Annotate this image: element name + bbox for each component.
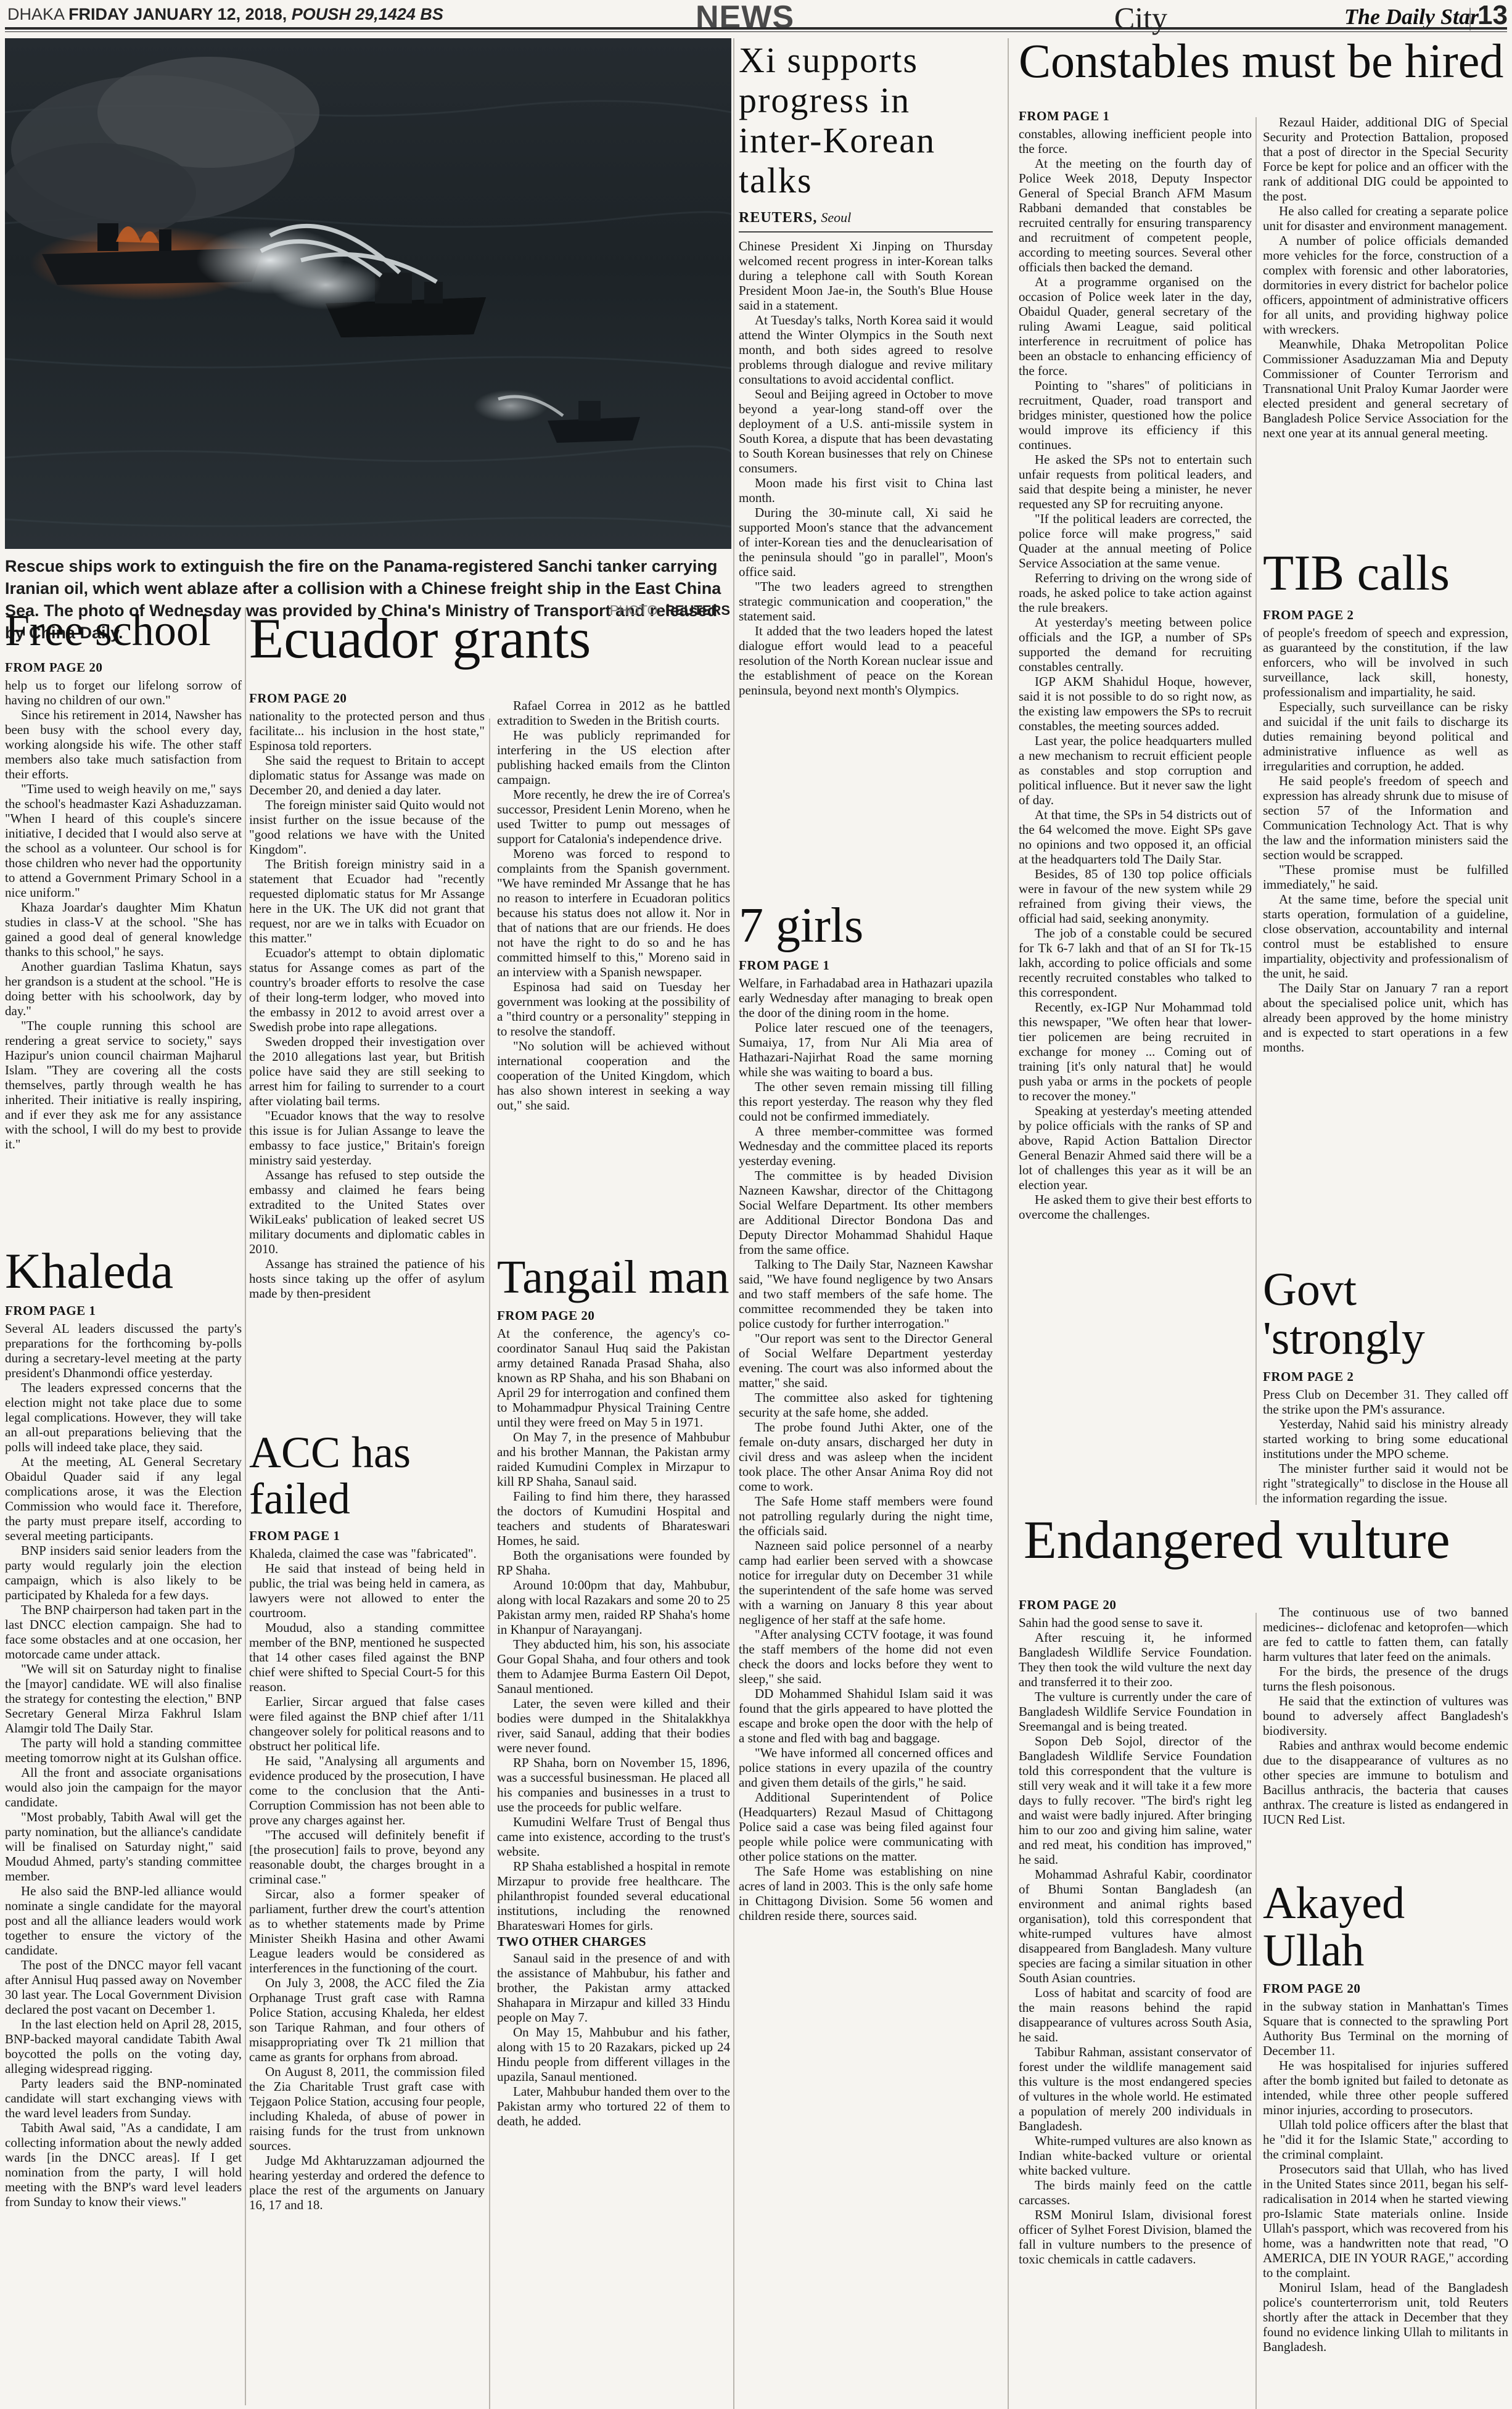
paragraph: They abducted him, his son, his associat…: [497, 1637, 730, 1696]
masthead: The Daily Star: [1344, 4, 1479, 30]
paragraph: For the birds, the presence of the drugs…: [1263, 1664, 1508, 1694]
article-xi-supports: Xi supports progress in inter-Korean tal…: [739, 41, 993, 899]
paragraph: He also called for creating a separate p…: [1263, 204, 1508, 233]
paragraph: Besides, 85 of 130 top police officials …: [1019, 867, 1252, 926]
paragraph: "No solution will be achieved without in…: [497, 1039, 730, 1113]
paragraph: She said the request to Britain to accep…: [249, 753, 485, 797]
paragraph: Press Club on December 31. They called o…: [1263, 1387, 1508, 1417]
byline-location: Seoul: [821, 210, 851, 225]
paragraph: He said that instead of being held in pu…: [249, 1561, 485, 1620]
article-acc-failed: ACC has failed FROM PAGE 1 Khaleda, clai…: [249, 1430, 485, 2409]
article-tib-body: of people's freedom of speech and expres…: [1263, 625, 1508, 1055]
article-khaleda-body: Several AL leaders discussed the party's…: [5, 1321, 242, 2209]
article-khaleda-fromtag: FROM PAGE 1: [5, 1303, 242, 1319]
paragraph: "After analysing CCTV footage, it was fo…: [739, 1627, 993, 1686]
paragraph: The leaders expressed concerns that the …: [5, 1380, 242, 1454]
article-7-girls-headline: 7 girls: [739, 900, 993, 952]
paragraph: "Most probably, Tabith Awal will get the…: [5, 1810, 242, 1884]
paragraph: RP Shaha established a hospital in remot…: [497, 1859, 730, 1933]
paragraph: Last year, the police headquarters mulle…: [1019, 733, 1252, 807]
paragraph: Additional Superintendent of Police (Hea…: [739, 1790, 993, 1864]
article-xi-headline: Xi supports progress in inter-Korean tal…: [739, 41, 993, 201]
page-number: 13: [1477, 0, 1508, 31]
paragraph: A three member-committee was formed Wedn…: [739, 1124, 993, 1168]
paragraph: Welfare, in Farhadabad area in Hathazari…: [739, 976, 993, 1020]
article-xi-byline: REUTERS, Seoul: [739, 210, 993, 233]
paragraph: "Our report was sent to the Director Gen…: [739, 1331, 993, 1390]
paragraph: White-rumped vultures are also known as …: [1019, 2133, 1252, 2178]
paragraph: Ullah told police officers after the bla…: [1263, 2117, 1508, 2162]
article-tangail-subhead: TWO OTHER CHARGES: [497, 1934, 730, 1950]
paragraph: He said, "Analysing all arguments and ev…: [249, 1753, 485, 1827]
paragraph: "The accused will definitely benefit if …: [249, 1827, 485, 1887]
article-vulture-col1: FROM PAGE 20 Sahin had the good sense to…: [1019, 1597, 1252, 2409]
paragraph: Sopon Deb Sojol, director of the Banglad…: [1019, 1734, 1252, 1867]
paragraph: The vulture is currently under the care …: [1019, 1689, 1252, 1734]
paragraph: IGP AKM Shahidul Hoque, however, said it…: [1019, 674, 1252, 733]
article-khaleda: Khaleda FROM PAGE 1 Several AL leaders d…: [5, 1245, 242, 2409]
article-tangail-headline: Tangail man: [497, 1253, 730, 1302]
paragraph: In the last election held on April 28, 2…: [5, 2017, 242, 2076]
paragraph: A number of police officials demanded mo…: [1263, 233, 1508, 337]
dateline-date: FRIDAY JANUARY 12, 2018,: [68, 5, 287, 23]
article-acc-body: Khaleda, claimed the case was "fabricate…: [249, 1546, 485, 2212]
byline-agency: REUTERS,: [739, 210, 817, 226]
article-akayed-headline: Akayed Ullah: [1263, 1880, 1508, 1975]
paragraph: At the meeting on the fourth day of Poli…: [1019, 156, 1252, 274]
paragraph: The other seven remain missing till fill…: [739, 1079, 993, 1124]
paragraph: "The couple running this school are rend…: [5, 1018, 242, 1151]
column-divider: [1008, 38, 1009, 2409]
article-akayed-fromtag: FROM PAGE 20: [1263, 1981, 1508, 1996]
paragraph: At Tuesday's talks, North Korea said it …: [739, 313, 993, 387]
paragraph: Rezaul Haider, additional DIG of Special…: [1263, 115, 1508, 204]
article-vulture-headline-wrap: Endangered vulture: [1024, 1512, 1511, 1589]
article-ecuador-body-col1: nationality to the protected person and …: [249, 709, 485, 1301]
paragraph: The party will hold a standing committee…: [5, 1736, 242, 1765]
article-tib-fromtag: FROM PAGE 2: [1263, 607, 1508, 623]
paragraph: Kumudini Welfare Trust of Bengal thus ca…: [497, 1814, 730, 1859]
dateline-city: DHAKA: [7, 5, 64, 23]
paragraph: DD Mohammed Shahidul Islam said it was f…: [739, 1686, 993, 1745]
tanker-fire-photo-art: [5, 38, 731, 549]
paragraph: Sahin had the good sense to save it.: [1019, 1615, 1252, 1630]
paragraph: Talking to The Daily Star, Nazneen Kawsh…: [739, 1257, 993, 1331]
paragraph: RSM Monirul Islam, divisional forest off…: [1019, 2207, 1252, 2267]
paragraph: At the same time, before the special uni…: [1263, 892, 1508, 981]
paragraph: On May 15, Mahbubur and his father, alon…: [497, 2025, 730, 2084]
paragraph: He said that the extinction of vultures …: [1263, 1694, 1508, 1738]
article-khaleda-headline: Khaleda: [5, 1245, 242, 1297]
paragraph: Mohammad Ashraful Kabir, coordinator of …: [1019, 1867, 1252, 1985]
paragraph: He also said the BNP-led alliance would …: [5, 1884, 242, 1958]
paragraph: Judge Md Akhtaruzzaman adjourned the hea…: [249, 2153, 485, 2212]
article-govt-body: Press Club on December 31. They called o…: [1263, 1387, 1508, 1505]
article-constables-fromtag: FROM PAGE 1: [1019, 109, 1252, 124]
paragraph: The committee also asked for tightening …: [739, 1390, 993, 1420]
paragraph: On July 3, 2008, the ACC filed the Zia O…: [249, 1975, 485, 2064]
paragraph: Especially, such surveillance can be ris…: [1263, 699, 1508, 773]
paragraph: Sircar, also a former speaker of parliam…: [249, 1887, 485, 1975]
paragraph: Recently, ex-IGP Nur Mohammad told this …: [1019, 1000, 1252, 1103]
article-govt-strongly: Govt 'strongly FROM PAGE 2 Press Club on…: [1263, 1266, 1508, 1507]
paragraph: He asked the SPs not to entertain such u…: [1019, 452, 1252, 511]
paragraph: Moon made his first visit to China last …: [739, 476, 993, 505]
paragraph: The British foreign ministry said in a s…: [249, 857, 485, 945]
article-tib-calls: TIB calls FROM PAGE 2 of people's freedo…: [1263, 546, 1508, 1262]
article-acc-fromtag: FROM PAGE 1: [249, 1528, 485, 1544]
paragraph: The Safe Home staff members were found n…: [739, 1494, 993, 1538]
tanker-fire-photo: [5, 38, 731, 549]
column-divider: [733, 38, 734, 2409]
paragraph: Yesterday, Nahid said his ministry alrea…: [1263, 1417, 1508, 1461]
paragraph: The BNP chairperson had taken part in th…: [5, 1602, 242, 1662]
article-tangail-body: At the conference, the agency's co-coord…: [497, 1326, 730, 1933]
paragraph: "We have informed all concerned offices …: [739, 1745, 993, 1790]
article-ecuador-col1: FROM PAGE 20 nationality to the protecte…: [249, 691, 485, 1426]
paragraph: At a programme organised on the occasion…: [1019, 274, 1252, 378]
paragraph: "These promise must be fulfilled immedia…: [1263, 862, 1508, 892]
paragraph: Moreno was forced to respond to complain…: [497, 846, 730, 979]
paragraph: He was publicly reprimanded for interfer…: [497, 728, 730, 787]
article-constables-headline-wrap: Constables must be hired: [1019, 36, 1512, 104]
paragraph: Espinosa had said on Tuesday her governm…: [497, 979, 730, 1039]
paragraph: He said people's freedom of speech and e…: [1263, 773, 1508, 862]
paragraph: Tabibur Rahman, assistant conservator of…: [1019, 2045, 1252, 2133]
paragraph: Rabies and anthrax would become endemic …: [1263, 1738, 1508, 1827]
paragraph: Tabith Awal said, "As a candidate, I am …: [5, 2120, 242, 2209]
paragraph: Prosecutors said that Ullah, who has liv…: [1263, 2162, 1508, 2280]
article-vulture-fromtag: FROM PAGE 20: [1019, 1597, 1252, 1613]
paragraph: Referring to driving on the wrong side o…: [1019, 570, 1252, 615]
article-constables-body-col2: Rezaul Haider, additional DIG of Special…: [1263, 115, 1508, 440]
paragraph: The birds mainly feed on the cattle carc…: [1019, 2178, 1252, 2207]
paragraph: "Time used to weigh heavily on me," says…: [5, 781, 242, 900]
paragraph: The committee is by headed Division Nazn…: [739, 1168, 993, 1257]
paragraph: Khaleda, claimed the case was "fabricate…: [249, 1546, 485, 1561]
paragraph: Ecuador's attempt to obtain diplomatic s…: [249, 945, 485, 1034]
paragraph: RP Shaha, born on November 15, 1896, was…: [497, 1755, 730, 1814]
paragraph: nationality to the protected person and …: [249, 709, 485, 753]
paragraph: Party leaders said the BNP-nominated can…: [5, 2076, 242, 2120]
article-7-girls: 7 girls FROM PAGE 1 Welfare, in Farhadab…: [739, 900, 993, 2409]
article-ecuador-headline: Ecuador grants: [249, 609, 730, 669]
column-divider: [1255, 1613, 1257, 2409]
dateline: DHAKA FRIDAY JANUARY 12, 2018, POUSH 29,…: [7, 5, 443, 24]
paragraph: "If the political leaders are corrected,…: [1019, 511, 1252, 570]
article-free-school-body: help us to forget our lifelong sorrow of…: [5, 678, 242, 1151]
paragraph: Khaza Joardar's daughter Mim Khatun stud…: [5, 900, 242, 959]
article-free-school-fromtag: FROM PAGE 20: [5, 660, 242, 675]
article-govt-fromtag: FROM PAGE 2: [1263, 1369, 1508, 1385]
paragraph: Rafael Correa in 2012 as he battled extr…: [497, 698, 730, 728]
paragraph: Moudud, also a standing committee member…: [249, 1620, 485, 1694]
paragraph: Another guardian Taslima Khatun, says he…: [5, 959, 242, 1018]
article-acc-headline: ACC has failed: [249, 1430, 485, 1522]
paragraph: "The two leaders agreed to strengthen st…: [739, 579, 993, 624]
paragraph: Sweden dropped their investigation over …: [249, 1034, 485, 1108]
newspaper-page: DHAKA FRIDAY JANUARY 12, 2018, POUSH 29,…: [0, 0, 1512, 2409]
paragraph: The minister further said it would not b…: [1263, 1461, 1508, 1505]
article-akayed-ullah: Akayed Ullah FROM PAGE 20 in the subway …: [1263, 1880, 1508, 2409]
paragraph: It added that the two leaders hoped the …: [739, 624, 993, 698]
paragraph: The post of the DNCC mayor fell vacant a…: [5, 1958, 242, 2017]
header-rule: [5, 27, 1507, 32]
paragraph: At the conference, the agency's co-coord…: [497, 1326, 730, 1430]
paragraph: He asked them to give their best efforts…: [1019, 1192, 1252, 1222]
paragraph: On May 7, in the presence of Mahbubur an…: [497, 1430, 730, 1489]
paragraph: The continuous use of two banned medicin…: [1263, 1605, 1508, 1664]
paragraph: Loss of habitat and scarcity of food are…: [1019, 1985, 1252, 2045]
paragraph: Sanaul said in the presence of and with …: [497, 1951, 730, 2025]
article-tib-headline: TIB calls: [1263, 546, 1508, 599]
article-tangail-man: Tangail man FROM PAGE 20 At the conferen…: [497, 1253, 730, 2409]
article-7-girls-body: Welfare, in Farhadabad area in Hathazari…: [739, 976, 993, 1923]
paragraph: Earlier, Sircar argued that false cases …: [249, 1694, 485, 1753]
column-divider: [245, 607, 246, 2405]
article-constables-headline: Constables must be hired: [1019, 36, 1512, 86]
paragraph: Seoul and Beijing agreed in October to m…: [739, 387, 993, 476]
article-govt-headline: Govt 'strongly: [1263, 1266, 1508, 1363]
article-ecuador-fromtag: FROM PAGE 20: [249, 691, 485, 706]
paragraph: Around 10:00pm that day, Mahbubur, along…: [497, 1578, 730, 1637]
paragraph: of people's freedom of speech and expres…: [1263, 625, 1508, 699]
article-constables-col2: Rezaul Haider, additional DIG of Special…: [1263, 115, 1508, 540]
paragraph: At that time, the SPs in 54 districts ou…: [1019, 807, 1252, 867]
paragraph: Failing to find him there, they harassed…: [497, 1489, 730, 1548]
paragraph: Later, the seven were killed and their b…: [497, 1696, 730, 1755]
paragraph: Nazneen said police personnel of a nearb…: [739, 1538, 993, 1627]
paragraph: After rescuing it, he informed Banglades…: [1019, 1630, 1252, 1689]
paragraph: The foreign minister said Quito would no…: [249, 797, 485, 857]
paragraph: "Ecuador knows that the way to resolve t…: [249, 1108, 485, 1167]
paragraph: Assange has strained the patience of his…: [249, 1256, 485, 1301]
paragraph: All the front and associate organisation…: [5, 1765, 242, 1810]
article-ecuador-headline-wrap: Ecuador grants: [249, 609, 730, 686]
paragraph: help us to forget our lifelong sorrow of…: [5, 678, 242, 707]
paragraph: The Safe Home was establishing on nine a…: [739, 1864, 993, 1923]
article-tangail-fromtag: FROM PAGE 20: [497, 1308, 730, 1324]
article-vulture-headline: Endangered vulture: [1024, 1512, 1511, 1569]
paragraph: Both the organisations were founded by R…: [497, 1548, 730, 1578]
article-vulture-body-col2: The continuous use of two banned medicin…: [1263, 1605, 1508, 1827]
paragraph: in the subway station in Manhattan's Tim…: [1263, 1999, 1508, 2058]
paragraph: The job of a constable could be secured …: [1019, 926, 1252, 1000]
article-vulture-body-col1: Sahin had the good sense to save it.Afte…: [1019, 1615, 1252, 2267]
article-free-school: Free school FROM PAGE 20 help us to forg…: [5, 607, 242, 1243]
paragraph: Later, Mahbubur handed them over to the …: [497, 2084, 730, 2128]
article-akayed-body: in the subway station in Manhattan's Tim…: [1263, 1999, 1508, 2354]
paragraph: He was hospitalised for injuries suffere…: [1263, 2058, 1508, 2117]
paragraph: At yesterday's meeting between police of…: [1019, 615, 1252, 674]
article-constables-body-col1: constables, allowing inefficient people …: [1019, 126, 1252, 1222]
article-free-school-headline: Free school: [5, 607, 242, 654]
article-7-girls-fromtag: FROM PAGE 1: [739, 958, 993, 973]
paragraph: Chinese President Xi Jinping on Thursday…: [739, 239, 993, 313]
article-ecuador-col2: Rafael Correa in 2012 as he battled extr…: [497, 698, 730, 1241]
article-vulture-col2: The continuous use of two banned medicin…: [1263, 1605, 1508, 1874]
paragraph: Assange has refused to step outside the …: [249, 1167, 485, 1256]
paragraph: The Daily Star on January 7 ran a report…: [1263, 981, 1508, 1055]
column-divider: [489, 719, 490, 2409]
paragraph: Monirul Islam, head of the Bangladesh po…: [1263, 2280, 1508, 2354]
paragraph: Police later rescued one of the teenager…: [739, 1020, 993, 1079]
paragraph: BNP insiders said senior leaders from th…: [5, 1543, 242, 1602]
paragraph: Several AL leaders discussed the party's…: [5, 1321, 242, 1380]
article-constables-col1: FROM PAGE 1 constables, allowing ineffic…: [1019, 109, 1252, 1505]
article-xi-body: Chinese President Xi Jinping on Thursday…: [739, 239, 993, 698]
dateline-bangla-date: POUSH 29,1424 BS: [292, 5, 443, 23]
article-tangail-body-2: Sanaul said in the presence of and with …: [497, 1951, 730, 2128]
paragraph: The probe found Juthi Akter, one of the …: [739, 1420, 993, 1494]
column-divider: [1255, 117, 1257, 1505]
paragraph: Since his retirement in 2014, Nawsher ha…: [5, 707, 242, 781]
paragraph: More recently, he drew the ire of Correa…: [497, 787, 730, 846]
paragraph: Speaking at yesterday's meeting attended…: [1019, 1103, 1252, 1192]
paragraph: At the meeting, AL General Secretary Oba…: [5, 1454, 242, 1543]
paragraph: On August 8, 2011, the commission filed …: [249, 2064, 485, 2153]
paragraph: Meanwhile, Dhaka Metropolitan Police Com…: [1263, 337, 1508, 440]
paragraph: During the 30-minute call, Xi said he su…: [739, 505, 993, 579]
paragraph: Pointing to "shares" of politicians in r…: [1019, 378, 1252, 452]
paragraph: "We will sit on Saturday night to finali…: [5, 1662, 242, 1736]
paragraph: constables, allowing inefficient people …: [1019, 126, 1252, 156]
article-ecuador-body-col2: Rafael Correa in 2012 as he battled extr…: [497, 698, 730, 1113]
page-header: DHAKA FRIDAY JANUARY 12, 2018, POUSH 29,…: [0, 0, 1512, 36]
